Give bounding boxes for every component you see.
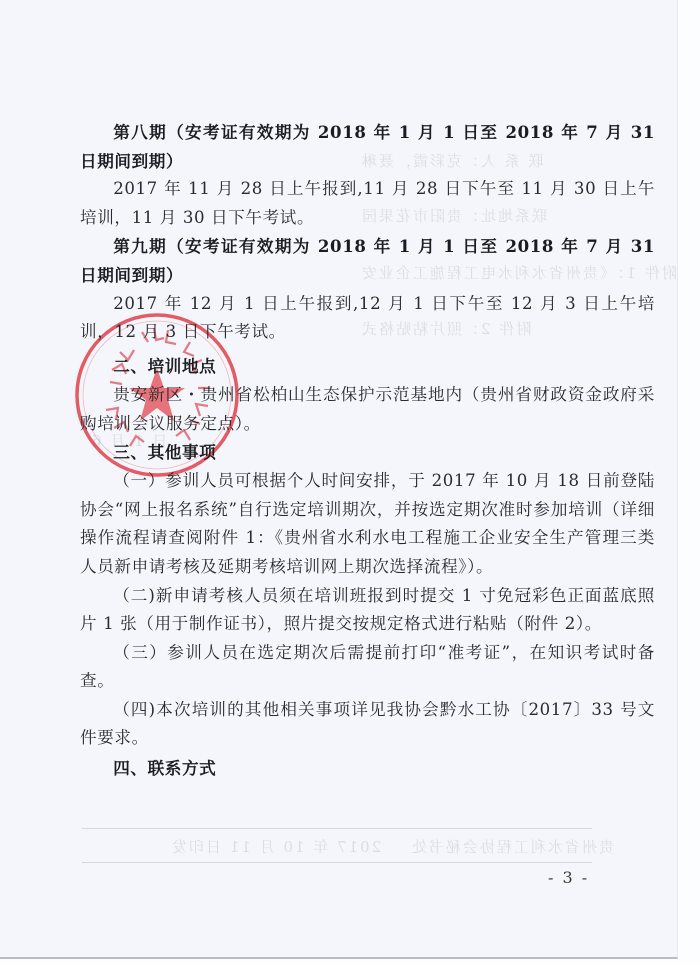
page-number: - 3 - <box>548 868 589 887</box>
other-matters-item-1: （一）参训人员可根据个人时间安排，于 2017 年 10 月 18 日前登陆协会… <box>80 467 655 581</box>
section-heading-contact: 四、联系方式 <box>80 755 655 784</box>
bleed-through-rule-top <box>82 828 592 829</box>
section-heading-training-location: 二、培训地点 <box>80 353 655 382</box>
other-matters-item-4: （四)本次培训的其他相关事项详见我协会黔水工协〔2017〕33 号文件要求。 <box>80 696 655 753</box>
period-9-title: 第九期（安考证有效期为 2018 年 1 月 1 日至 2018 年 7 月 3… <box>80 232 655 289</box>
bleed-through-issuer: 贵州省水利工程协会秘书处 <box>410 836 614 857</box>
document-page: 联 系 人：克彩霞，聂琳 联系地址：贵阳市花果园 附件 1：《贵州省水利水电工程… <box>0 0 678 959</box>
other-matters-item-2: （二)新申请考核人员须在培训班报到时提交 1 寸免冠彩色正面蓝底照片 1 张（用… <box>80 582 655 639</box>
document-body: 第八期（安考证有效期为 2018 年 1 月 1 日至 2018 年 7 月 3… <box>80 118 655 784</box>
period-8-title: 第八期（安考证有效期为 2018 年 1 月 1 日至 2018 年 7 月 3… <box>80 118 655 175</box>
bleed-through-issue-date: 2017 年 10 月 11 日印发 <box>170 836 381 857</box>
other-matters-item-3: （三）参训人员在选定期次后需提前打印“准考证”，在知识考试时备查。 <box>80 639 655 696</box>
period-8-schedule: 2017 年 11 月 28 日上午报到,11 月 28 日下午至 11 月 3… <box>80 175 655 232</box>
bleed-through-rule-bottom <box>82 862 592 863</box>
training-location-text: 贵安新区・贵州省松柏山生态保护示范基地内（贵州省财政资金政府采购培训会议服务定点… <box>80 381 655 438</box>
period-9-schedule: 2017 年 12 月 1 日上午报到,12 月 1 日下午至 12 月 3 日… <box>80 290 655 347</box>
section-heading-other-matters: 三、其他事项 <box>80 439 655 468</box>
